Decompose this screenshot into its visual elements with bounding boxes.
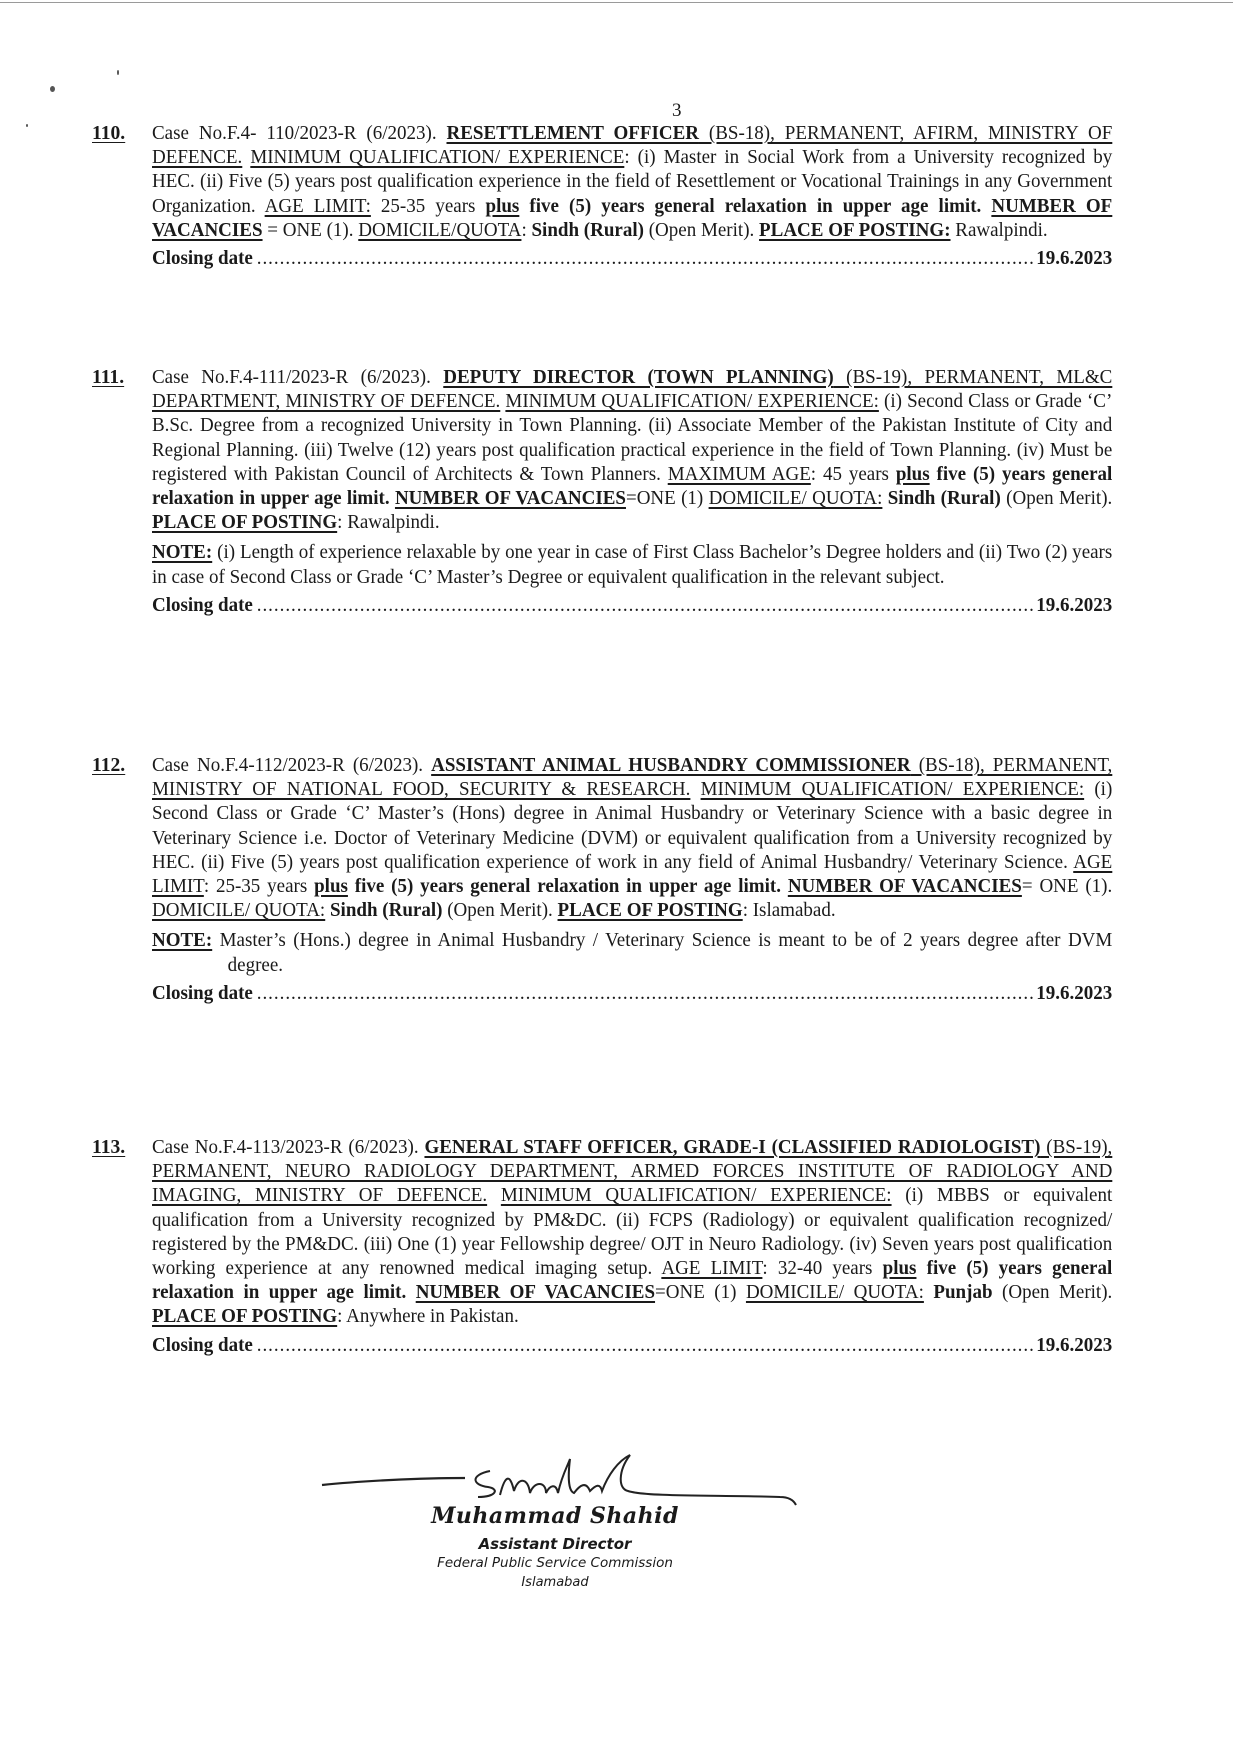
leader-dots: ........................................… [257,1334,1033,1358]
vacancy-entry-110: 110.Case No.F.4- 110/2023-R (6/2023). RE… [92,122,1142,271]
closing-date-label: Closing date [152,247,253,271]
signatory-name: Muhammad Shahid [405,1503,705,1529]
leader-dots: ........................................… [257,594,1033,618]
closing-date-label: Closing date [152,982,253,1006]
scan-speck [117,70,119,75]
entry-number: 110. [92,122,125,146]
leader-dots: ........................................… [257,247,1033,271]
leader-dots: ........................................… [257,982,1033,1006]
entry-note: NOTE: Master’s (Hons.) degree in Animal … [152,929,1112,977]
closing-date-row: Closing date............................… [152,1334,1112,1358]
closing-date-label: Closing date [152,1334,253,1358]
signatory-title: Assistant Director [395,1535,715,1553]
entry-description: Case No.F.4-111/2023-R (6/2023). DEPUTY … [152,366,1112,535]
scan-speck [50,86,55,92]
entry-body: Case No.F.4-111/2023-R (6/2023). DEPUTY … [152,366,1112,618]
entry-note: NOTE: (i) Length of experience relaxable… [152,541,1112,589]
entry-number: 113. [92,1136,125,1160]
entry-description: Case No.F.4-112/2023-R (6/2023). ASSISTA… [152,754,1112,923]
vacancy-entry-113: 113.Case No.F.4-113/2023-R (6/2023). GEN… [92,1136,1142,1358]
entry-number: 111. [92,366,124,390]
top-border-line [0,2,1233,3]
signatory-organization: Federal Public Service Commission [395,1555,715,1571]
vacancy-entry-111: 111.Case No.F.4-111/2023-R (6/2023). DEP… [92,366,1142,618]
entry-number: 112. [92,754,125,778]
entry-body: Case No.F.4- 110/2023-R (6/2023). RESETT… [152,122,1112,271]
closing-date-label: Closing date [152,594,253,618]
closing-date-row: Closing date............................… [152,247,1112,271]
entry-body: Case No.F.4-112/2023-R (6/2023). ASSISTA… [152,754,1112,1006]
vacancy-entry-112: 112.Case No.F.4-112/2023-R (6/2023). ASS… [92,754,1142,1006]
closing-date-value: 19.6.2023 [1036,594,1112,618]
scan-speck [26,124,28,127]
signatory-city: Islamabad [395,1575,715,1590]
entry-description: Case No.F.4- 110/2023-R (6/2023). RESETT… [152,122,1112,243]
signature-block: Muhammad Shahid Assistant Director Feder… [300,1445,820,1625]
closing-date-row: Closing date............................… [152,982,1112,1006]
closing-date-value: 19.6.2023 [1036,1334,1112,1358]
closing-date-value: 19.6.2023 [1036,247,1112,271]
closing-date-row: Closing date............................… [152,594,1112,618]
entry-body: Case No.F.4-113/2023-R (6/2023). GENERAL… [152,1136,1112,1358]
page-number: 3 [672,100,682,122]
closing-date-value: 19.6.2023 [1036,982,1112,1006]
entry-description: Case No.F.4-113/2023-R (6/2023). GENERAL… [152,1136,1112,1330]
